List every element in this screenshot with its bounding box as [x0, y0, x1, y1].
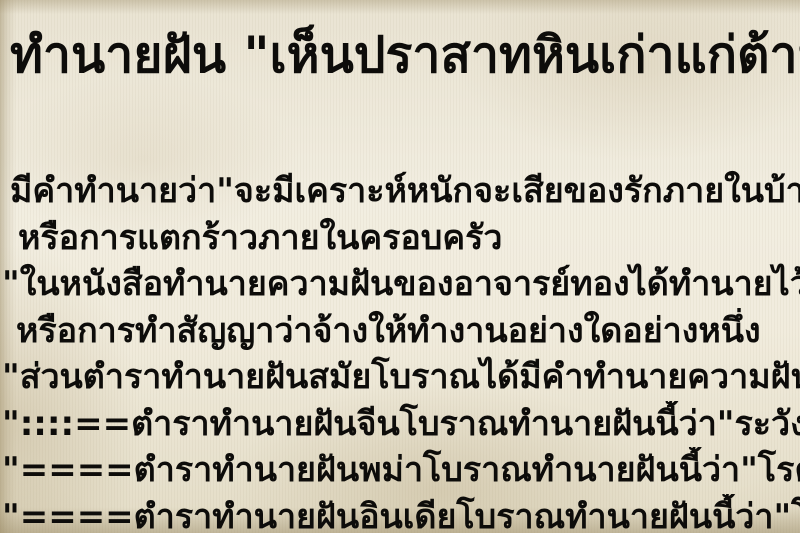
body-line: "====ตำราทำนายฝันพม่าโบราณทำนายฝันนี้ว่า… [0, 447, 800, 494]
body-line-partial: "====ตำราทำนายฝันอินเดียโบราณทำนายฝันนี้… [0, 494, 800, 533]
dream-interpretation-title: ทำนายฝัน "เห็นปราสาทหินเก่าแก่ต้านหลัง [10, 12, 800, 98]
body-line: "::::==ตำราทำนายฝันจีนโบราณทำนายฝันนี้ว่… [0, 401, 800, 448]
body-line: มีคำทำนายว่า"จะมีเคราะห์หนักจะเสียของรัก… [0, 168, 800, 215]
body-line: หรือการแตกร้าวภายในครอบครัว [0, 215, 800, 262]
dream-interpretation-body: มีคำทำนายว่า"จะมีเคราะห์หนักจะเสียของรัก… [0, 168, 800, 533]
body-line: "ในหนังสือทำนายความฝันของอาจารย์ทองได้ทำ… [0, 261, 800, 308]
body-line: หรือการทำสัญญาว่าจ้างให้ทำงานอย่างใดอย่า… [0, 308, 800, 355]
body-line: "ส่วนตำราทำนายฝันสมัยโบราณได้มีคำทำนายคว… [0, 354, 800, 401]
